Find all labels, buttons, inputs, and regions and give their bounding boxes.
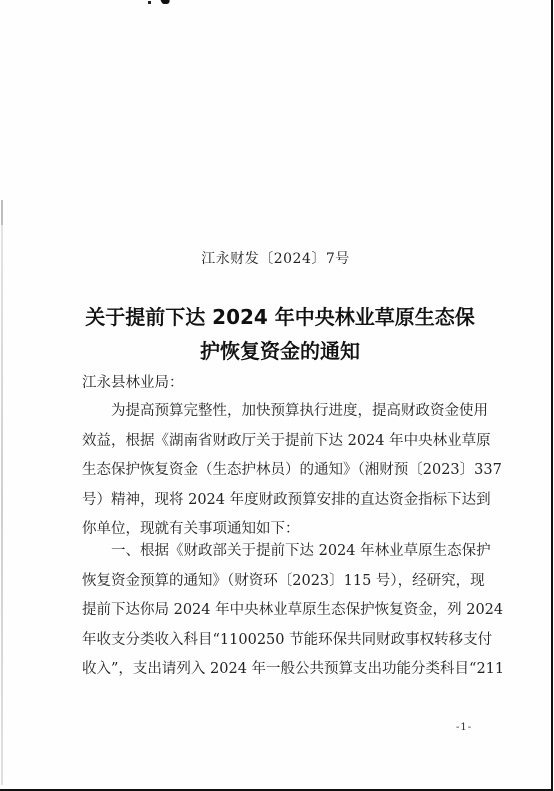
text-line: 为提高预算完整性，加快预算执行进度，提高财政资金使用 xyxy=(82,397,474,427)
text-line: 年收支分类收入科目“1100250 节能环保共同财政事权转移支付 xyxy=(82,626,474,656)
salutation: 江永县林业局： xyxy=(82,371,184,392)
text-line: 效益，根据《湖南省财政厅关于提前下达 2024 年中央林业草原 xyxy=(82,427,474,457)
text-line: 一、根据《财政部关于提前下达 2024 年林业草原生态保护 xyxy=(82,537,474,567)
scan-artifact xyxy=(160,0,172,4)
scan-edge-shadow xyxy=(1,225,3,785)
text-line: 生态保护恢复资金（生态护林员）的通知》（湘财预〔2023〕337 xyxy=(82,456,474,486)
text-line: 恢复资金预算的通知》（财资环〔2023〕115 号），经研究，现 xyxy=(82,567,474,597)
document-number: 江永财发〔2024〕7号 xyxy=(0,248,551,268)
text-line: 提前下达你局 2024 年中央林业草原生态保护恢复资金，列 2024 xyxy=(82,596,474,626)
page-number: -1- xyxy=(456,722,472,733)
title-line: 护恢复资金的通知 xyxy=(70,334,490,368)
paragraph-item-1: 一、根据《财政部关于提前下达 2024 年林业草原生态保护 恢复资金预算的通知》… xyxy=(82,537,474,685)
title-line: 关于提前下达 2024 年中央林业草原生态保 xyxy=(70,300,490,334)
scan-artifact xyxy=(148,1,151,4)
text-line: 收入”，支出请列入 2024 年一般公共预算支出功能分类科目“211 xyxy=(82,655,474,685)
scan-edge-shadow xyxy=(1,200,3,225)
document-page: 江永财发〔2024〕7号 关于提前下达 2024 年中央林业草原生态保 护恢复资… xyxy=(0,0,553,791)
paragraph-intro: 为提高预算完整性，加快预算执行进度，提高财政资金使用 效益，根据《湖南省财政厅关… xyxy=(82,397,474,545)
document-title: 关于提前下达 2024 年中央林业草原生态保 护恢复资金的通知 xyxy=(70,300,490,368)
text-line: 号）精神，现将 2024 年度财政预算安排的直达资金指标下达到 xyxy=(82,486,474,516)
